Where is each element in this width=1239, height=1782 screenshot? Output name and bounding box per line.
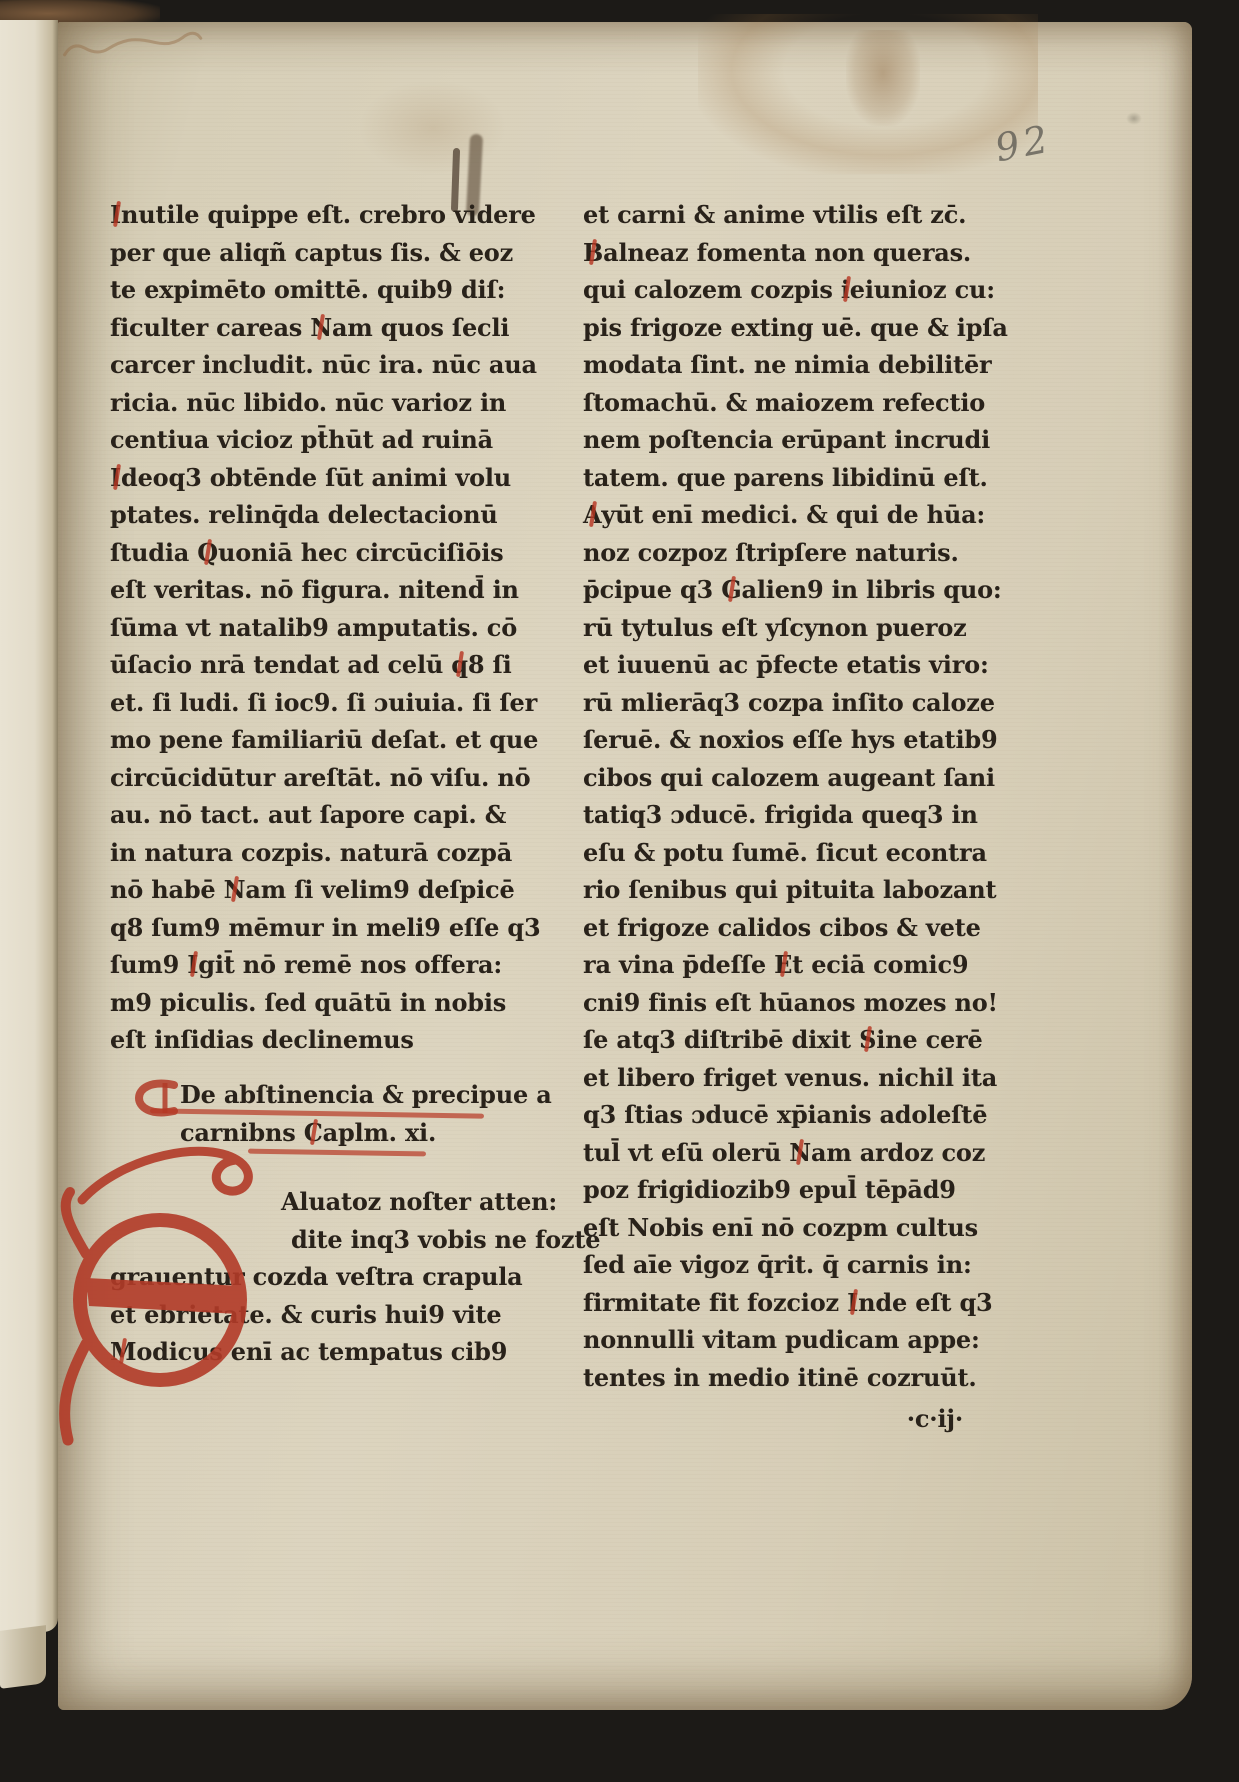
rubricated-letter: N (789, 1138, 811, 1167)
text-line: mo pene familiariū deſat. et que (110, 721, 510, 759)
text-line: te expimēto omittē. quib9 diſ: (110, 271, 510, 309)
text-line: centiua vicioz pt̄hūt ad ruinā (110, 421, 510, 459)
text-line: rū mlierāq3 cozpa inſito caloze (583, 684, 983, 722)
text-line: eſt Nobis enī nō cozpm cultus (583, 1209, 983, 1247)
rubricated-letter: I (110, 463, 121, 492)
text-line: et iuuenū ac p̄fecte etatis viro: (583, 646, 983, 684)
text-line: ra vina p̄deſſe Et eciā comic9 (583, 946, 983, 984)
left-column: Inutile quippe eſt. crebro videreper que… (110, 196, 510, 1059)
rubricated-letter: N (224, 875, 246, 904)
signature-mark: ·c·ij· (583, 1400, 975, 1438)
book-page: 92 Inutile quippe eſt. crebro videreper … (58, 22, 1192, 1710)
text-line: ſed aīe vigoz q̄rit. q̄ carnis in: (583, 1246, 983, 1284)
margin-annotation-scribble (57, 17, 210, 71)
text-line: tatiq3 ɔducē. frigida queq3 in (583, 796, 983, 834)
text-line: nem poſtencia erūpant incrudi (583, 421, 983, 459)
text-line: pis frigoze exting uē. que & ipſa (583, 309, 983, 347)
rubricated-letter: B (583, 238, 603, 267)
rubricated-letter: i (841, 275, 850, 304)
rubricated-letter: N (310, 313, 332, 342)
text-line: Inutile quippe eſt. crebro videre (110, 196, 510, 234)
text-line: et libero friget venus. nichil ita (583, 1059, 983, 1097)
text-line: carcer includit. nūc ira. nūc aua (110, 346, 510, 384)
text-line: ficulter careas Nam quos ſecli (110, 309, 510, 347)
text-line: au. nō tact. aut ſapore capi. & (110, 796, 510, 834)
text-line: per que aliqñ captus ſis. & eoz (110, 234, 510, 272)
text-line: firmitate fit fozcioz Inde eſt q3 (583, 1284, 983, 1322)
text-line: nō habē Nam ſi velim9 deſpicē (110, 871, 510, 909)
text-line: eſt inſidias declinemus (110, 1021, 510, 1059)
text-line: nonnulli vitam pudicam appe: (583, 1321, 983, 1359)
text-line: ſe atq3 diſtribē dixit Sine cerē (583, 1021, 983, 1059)
rubricated-letter: Q (197, 538, 218, 567)
text-line: rio ſenibus qui pituita labozant (583, 871, 983, 909)
rubricated-letter: I (847, 1288, 858, 1317)
text-line: ricia. nūc libido. nūc varioz in (110, 384, 510, 422)
text-line: m9 piculis. ſed quātū in nobis (110, 984, 510, 1022)
facing-page-edge (0, 20, 58, 1632)
pencil-dot-mark (1126, 112, 1142, 125)
rubricated-letter: E (774, 950, 792, 979)
text-line: cni9 finis eſt hūanos mozes no! (583, 984, 983, 1022)
rubricated-letter: q (451, 650, 468, 679)
text-line: circūcidūtur areſtāt. nō viſu. nō (110, 759, 510, 797)
text-line: tentes in medio itinē cozruūt. (583, 1359, 983, 1397)
pencil-folio-number: 92 (991, 110, 1090, 182)
text-line: in natura cozpis. naturā cozpā (110, 834, 510, 872)
text-line: Ideoq3 obtēnde ſūt animi volu (110, 459, 510, 497)
right-column: et carni & anime vtilis eſt zc̄.Balneaz … (583, 196, 983, 1396)
text-line: qui calozem cozpis ieiunioz cu: (583, 271, 983, 309)
text-line: ſtudia Quoniā hec circūciſiōis (110, 534, 510, 572)
rubricated-letter: I (110, 200, 121, 229)
text-line: ſtomachū. & maiozem refectio (583, 384, 983, 422)
rubricated-letter: C (304, 1118, 323, 1147)
text-line: et. ſi ludi. ſi ioc9. ſi ɔuiuia. ſi ſer (110, 684, 510, 722)
brown-stain (846, 30, 920, 126)
rubricated-letter: S (859, 1025, 876, 1054)
text-line: Balneaz fomenta non queras. (583, 234, 983, 272)
chapter-initial-s (52, 1104, 304, 1448)
text-line: tatem. que parens libidinū eſt. (583, 459, 983, 497)
text-line: q8 ſum9 mēmur in meli9 eſſe q3 (110, 909, 510, 947)
text-line: p̄cipue q3 Galien9 in libris quo: (583, 571, 983, 609)
faint-stain (358, 80, 508, 175)
text-line: noz cozpoz ſtripſere naturis. (583, 534, 983, 572)
text-line: q3 ſtias ɔducē xp̄ianis adoleſtē (583, 1096, 983, 1134)
text-line: eſu & potu ſumē. ſicut econtra (583, 834, 983, 872)
text-line: ūſacio nrā tendat ad celū q8 ſi (110, 646, 510, 684)
text-line: ſeruē. & noxios eſſe hys etatib9 (583, 721, 983, 759)
text-line: et carni & anime vtilis eſt zc̄. (583, 196, 983, 234)
text-line: tul̄ vt eſū olerū Nam ardoz coz (583, 1134, 983, 1172)
text-line: modata ſint. ne nimia debilitēr (583, 346, 983, 384)
text-line: Ayūt enī medici. & qui de hūa: (583, 496, 983, 534)
text-line: ptates. relinq̄da delectacionū (110, 496, 510, 534)
text-line: ſūma vt natalib9 amputatis. cō (110, 609, 510, 647)
water-stain (698, 14, 1038, 174)
text-line: et frigoze calidos cibos & vete (583, 909, 983, 947)
text-line: rū tytulus eſt yſcynon pueroz (583, 609, 983, 647)
text-line: eſt veritas. nō figura. nitend̄ in (110, 571, 510, 609)
rubricated-letter: G (721, 575, 741, 604)
text-line: ſum9 Igit̄ nō remē nos offera: (110, 946, 510, 984)
text-line: poz frigidiozib9 epul̄ tēpād9 (583, 1171, 983, 1209)
rubricated-letter: A (583, 500, 601, 529)
rubricated-letter: I (187, 950, 198, 979)
text-line: cibos qui calozem augeant ſani (583, 759, 983, 797)
lower-leaf-edge (0, 1625, 46, 1689)
